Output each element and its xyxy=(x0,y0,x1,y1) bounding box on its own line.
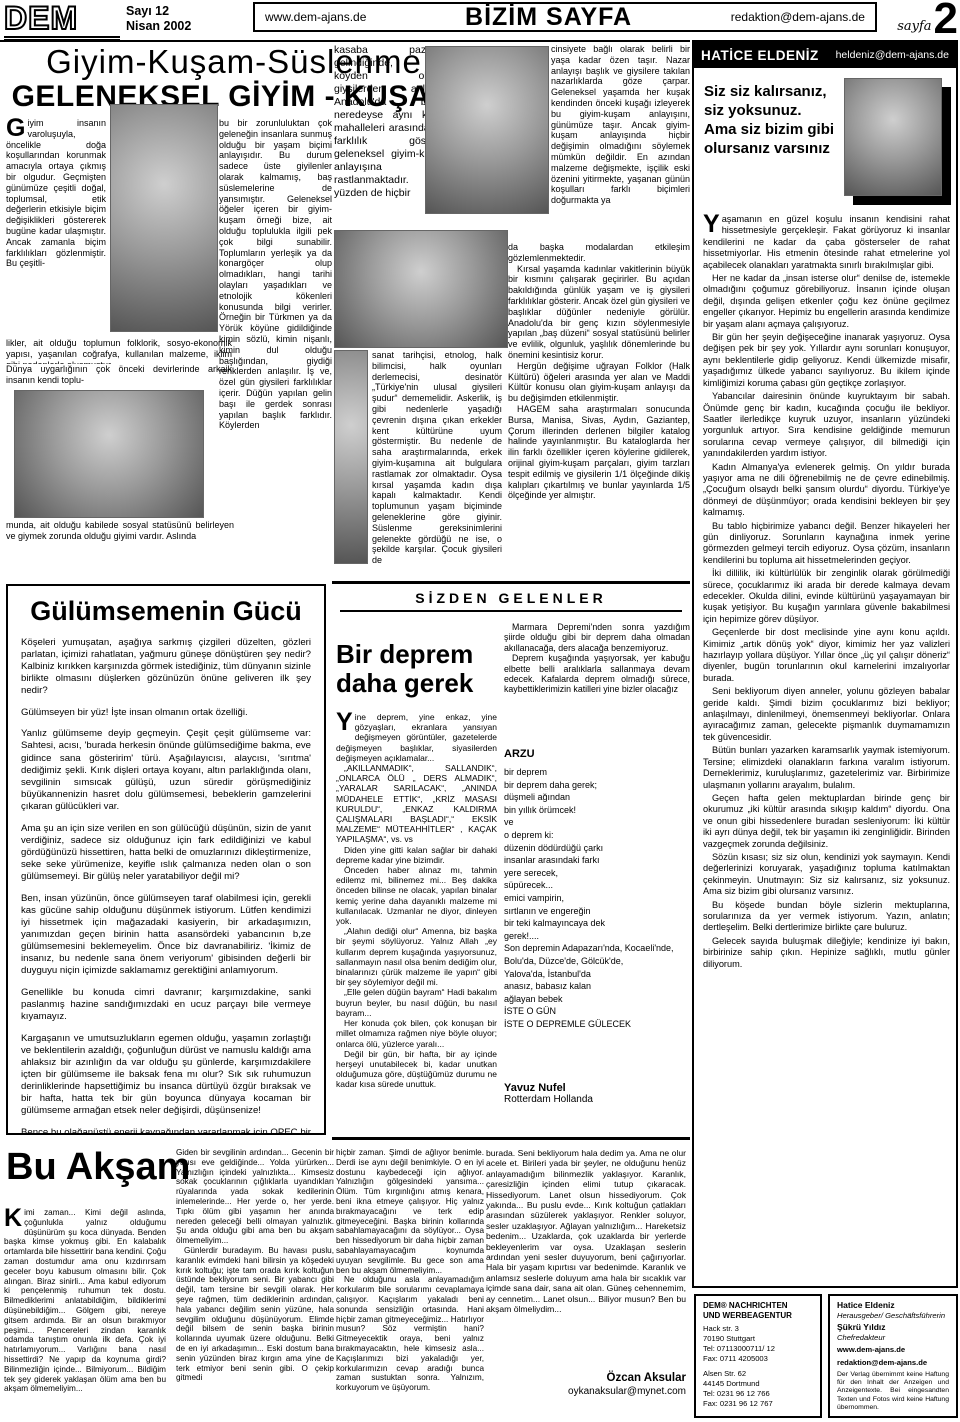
agency-title: DEM® NACHRICHTEN UND WERBEAGENTUR xyxy=(703,1301,813,1320)
article-paragraph: Bütün bunları yazarken karamsarlık yayma… xyxy=(703,745,950,791)
article-paragraph: Ben, insan yüzünün, önce gülümseyen tara… xyxy=(21,893,311,978)
section-title-sizden-gelenler: SİZDEN GELENLER xyxy=(332,590,690,606)
gulumseme-title: Gülümsemenin Gücü xyxy=(21,596,311,627)
author-signature: Özcan Aksular oykanaksular@mynet.com xyxy=(486,1372,686,1398)
buaksam-column: Giden bir sevgilinin ardından... Gecenin… xyxy=(176,1148,334,1420)
hatice-column-box: HATİCE ELDENİZ heldeniz@dem-ajans.de Siz… xyxy=(692,40,958,1288)
article-paragraph: Geçenlerde bir dost meclisinde yine aynı… xyxy=(703,627,950,684)
article-paragraph: Geçen hafta gelen mektuplardan birinde g… xyxy=(703,793,950,850)
article-paragraph: Önceden haber alınaz mı, tahmin edilemz … xyxy=(336,865,497,926)
article-paragraph: Kadın Almanya'ya evlenerek gelmiş. On yı… xyxy=(703,462,950,519)
article-paragraph: Marmara Depremi'nden sonra yazdığım şiir… xyxy=(504,622,690,653)
article-paragraph: Bence bu olağanüstü enerji kaynağından y… xyxy=(21,1127,311,1135)
article-paragraph: Bir gün her şeyin değişeceğine inanarak … xyxy=(703,332,950,389)
drop-cap: K xyxy=(4,1208,24,1229)
columnist-name: HATİCE ELDENİZ xyxy=(701,48,819,63)
sayfa-label: sayfa xyxy=(897,19,931,34)
drop-cap: Y xyxy=(336,712,355,733)
poem-title: ARZU xyxy=(504,748,604,760)
poem-body: bir deprem bir deprem daha gerek; düşmel… xyxy=(504,766,690,1066)
photo-three-women-headscarves xyxy=(334,230,508,348)
article-paragraph: Gelecek sayıda buluşmak dileğiyle; kendi… xyxy=(703,936,950,970)
buaksam-column: hiçbir zaman. Şimdi de ağlıyor benimle. … xyxy=(336,1148,484,1420)
author-name: Yavuz Nufel xyxy=(504,1082,566,1094)
header-divider xyxy=(0,40,690,42)
article-paragraph: Yaşamanın en güzel koşulu insanın kendis… xyxy=(703,214,950,271)
article-column: bu bir zorunluluktan çok geleneğin insan… xyxy=(219,118,332,580)
page-number: 2 xyxy=(934,0,958,38)
impressum-disclaimer: Der Verlag übernimmt keine Haftung für d… xyxy=(837,1371,949,1412)
article-paragraph: Değil bir gün, bir hafta, bir ay içinde … xyxy=(336,1049,497,1090)
article-column: Giyim insanın varoluşuyla, öncelikle doğ… xyxy=(6,118,106,336)
article-paragraph: Hergün değişime uğrayan Folklor (Halk Kü… xyxy=(508,361,690,404)
photo-village-group xyxy=(425,46,549,214)
article-column: da başka modalardan etkileşim gözlemlenm… xyxy=(508,242,690,578)
article-paragraph: da başka modalardan etkileşim gözlemlenm… xyxy=(508,242,690,264)
photo-woman-costume-strip xyxy=(334,350,368,564)
article-column: cinsiyete bağlı olarak belirli bir yaşa … xyxy=(551,44,690,240)
article-paragraph: Giden bir sevgilinin ardından... Gecenin… xyxy=(176,1148,334,1246)
column-body: Yaşamanın en güzel koşulu insanın kendis… xyxy=(703,214,950,1276)
column-intro-quote: Siz siz kalırsanız, siz yoksunuz. Ama si… xyxy=(704,82,842,158)
article-paragraph: Ne olduğunu asla anlayamadığım korkuları… xyxy=(336,1275,484,1393)
article-paragraph: Yine deprem, yine enkaz, yine gözyaşları… xyxy=(336,712,497,763)
drop-cap: Y xyxy=(703,214,722,235)
agency-address-stuttgart: Hack str. 3 70190 Stuttgart Tel: 0711300… xyxy=(703,1324,813,1364)
deprem-article-column: Marmara Depremi'nden sonra yazdığım şiir… xyxy=(504,622,690,742)
issue-number: Sayı 12 xyxy=(126,4,246,19)
author-name: Özcan Aksular xyxy=(607,1372,686,1384)
article-paragraph: Yanlız gülümseme deyip geçmeyin. Çeşit ç… xyxy=(21,728,311,813)
section-rule xyxy=(332,1137,690,1140)
article-paragraph: „Elle gelen düğün bayram“ Hadi bakalım b… xyxy=(336,987,497,1018)
newspaper-page: DEM Sayı 12 Nisan 2002 www.dem-ajans.de … xyxy=(0,0,960,1422)
article-paragraph: Kargaşanın ve umutsuzlukların egemen old… xyxy=(21,1033,311,1118)
article-paragraph: Her ne kadar da „insan isterse olur“ den… xyxy=(703,273,950,330)
article-column: sanat tarihçisi, etnolog, halk bilimcisi… xyxy=(372,350,502,578)
article-paragraph: „AKILLANMADIK“, SALLANDIK“, „ONLARCA ÖLÜ… xyxy=(336,763,497,845)
article-paragraph: Dünya uygarlığının çok önceki devirlerin… xyxy=(6,364,232,388)
author-location: Rotterdam Hollanda xyxy=(504,1094,593,1105)
article-paragraph: hiçbir zaman. Şimdi de ağlıyor benimle. … xyxy=(336,1148,484,1275)
editor-name: Şükrü Yıldız xyxy=(837,1323,949,1333)
article-paragraph: munda, ait olduğu kabilede sosyal statüs… xyxy=(6,520,234,566)
article-paragraph: Seni bekliyorum diyen anneler, yolunu gö… xyxy=(703,686,950,743)
redaction-email-link[interactable]: redaktion@dem-ajans.de xyxy=(731,10,865,24)
issue-date: Nisan 2002 xyxy=(126,19,246,34)
article-paragraph: Sözün kısası; siz siz olun, kendinizi yo… xyxy=(703,852,950,898)
deprem-article-headline: Bir deprem daha gerek xyxy=(336,640,496,698)
page-number-box: sayfa 2 xyxy=(884,0,958,38)
columnist-bar: HATİCE ELDENİZ heldeniz@dem-ajans.de xyxy=(694,42,956,68)
buaksam-column: burada. Seni bekliyorum hala dedim ya. A… xyxy=(486,1148,686,1366)
article-paragraph: imi zaman... Kimi değil aslında, çoğunlu… xyxy=(4,1208,166,1393)
article-paragraph: Her konuda çok bilen, çok konuşan bir mi… xyxy=(336,1018,497,1049)
article-paragraph: Köşeleri yumuşatan, aşağıya sarkmış çizg… xyxy=(21,637,311,697)
author-email-link[interactable]: oykanaksular@mynet.com xyxy=(568,1386,686,1397)
section-rule xyxy=(332,581,690,584)
photo-girl-flower-crown xyxy=(14,390,204,518)
impressum-email-link[interactable]: redaktion@dem-ajans.de xyxy=(837,1358,949,1368)
article-paragraph: „Alahın dediği olur“ Amenna, biz başka b… xyxy=(336,926,497,987)
website-link[interactable]: www.dem-ajans.de xyxy=(265,10,366,24)
issue-info: Sayı 12 Nisan 2002 xyxy=(126,4,246,34)
deprem-article-column: Yine deprem, yine enkaz, yine gözyaşları… xyxy=(336,712,497,1132)
gulumseme-article-box: Gülümsemenin Gücü Köşeleri yumuşatan, aş… xyxy=(6,584,326,1135)
impressum-website-link[interactable]: www.dem-ajans.de xyxy=(837,1345,949,1355)
article-paragraph: Deprem kuşağında yaşıyorsak, yer kabuğu … xyxy=(504,653,690,695)
article-paragraph: Diden yine gitti kalan sağlar bir dahaki… xyxy=(336,845,497,865)
article-paragraph: Genellikle bu konuda cimri davranır; kar… xyxy=(21,987,311,1023)
article-paragraph: likler, ait olduğu toplumun folklorik, s… xyxy=(6,338,232,364)
article-paragraph: iyim insanın varoluşuyla, öncelikle doğa… xyxy=(6,118,106,268)
masthead-box: www.dem-ajans.de BİZİM SAYFA redaktion@d… xyxy=(253,2,877,32)
page-title: BİZİM SAYFA xyxy=(465,3,632,32)
article-paragraph: Gülümseyen bir yüz! İşte insan olmanın o… xyxy=(21,707,311,719)
publisher-role: Herausgeber/ Geschäftsführerin xyxy=(837,1311,949,1321)
article-paragraph: HAGEM saha araştırmaları sonucunda Bursa… xyxy=(508,404,690,501)
article-paragraph: Yabancılar dairesinin önünde kuyruktayım… xyxy=(703,391,950,459)
impressum-staff-box: Hatice Eldeniz Herausgeber/ Geschäftsfüh… xyxy=(828,1294,958,1418)
impressum-agency-box: DEM® NACHRICHTEN UND WERBEAGENTUR Hack s… xyxy=(694,1294,822,1418)
author-signature: Yavuz Nufel Rotterdam Hollanda xyxy=(504,1082,690,1105)
buaksam-column: Kimi zaman... Kimi değil aslında, çoğunl… xyxy=(4,1208,166,1420)
agency-address-dortmund: Alsen Str. 62 44145 Dortmund Tel: 0231 9… xyxy=(703,1369,813,1409)
article-paragraph: İki dillilik, iki kültürlülük bir zengin… xyxy=(703,568,950,625)
editor-role: Chefredakteur xyxy=(837,1333,949,1343)
article-paragraph: Ama şu an için size verilen en son gülüc… xyxy=(21,823,311,883)
photo-woman-traditional-headdress xyxy=(110,104,218,332)
article-paragraph: Bu köşede bundan böyle sizlerin mektupla… xyxy=(703,900,950,934)
dem-logo: DEM xyxy=(4,2,120,41)
columnist-email-link[interactable]: heldeniz@dem-ajans.de xyxy=(836,49,949,61)
drop-cap: G xyxy=(6,118,27,139)
photo-columnist-portrait xyxy=(844,78,942,196)
publisher-name: Hatice Eldeniz xyxy=(837,1301,949,1311)
section-rule xyxy=(340,610,682,612)
article-paragraph: Günlerdir buradayım. Bu havası puslu, ka… xyxy=(176,1246,334,1383)
article-paragraph: Bu tablo hiçbirimize yabancı değil. Benz… xyxy=(703,521,950,567)
article-paragraph: Kırsal yaşamda kadınlar vakitlerinin büy… xyxy=(508,264,690,361)
